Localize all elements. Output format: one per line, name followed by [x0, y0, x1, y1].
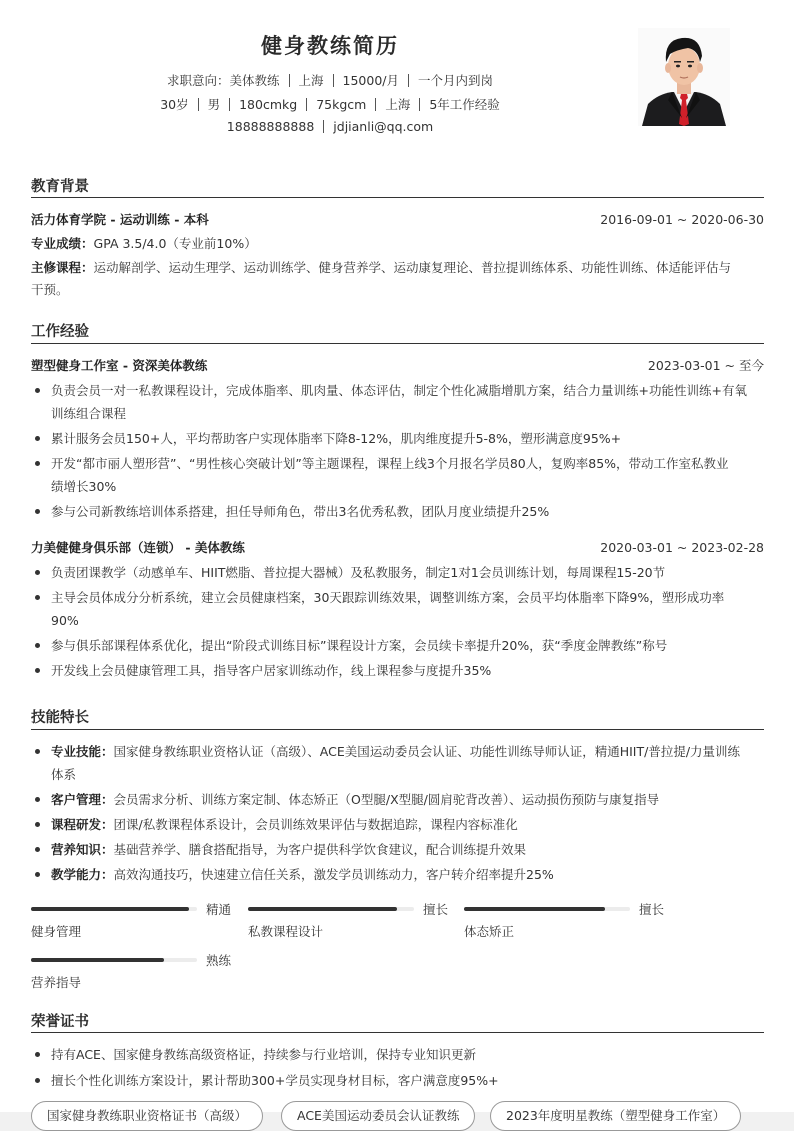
basic-info-line: 30岁男180cmkg75kgcm上海5年工作经验	[0, 95, 660, 113]
section-divider	[31, 343, 764, 344]
job-bullet-cont: 90%	[31, 609, 764, 632]
courses-value-cont: 干预。	[31, 282, 69, 297]
job-bullet: 开发线上会员健康管理工具，指导客户居家训练动作，线上课程参与度提升35%	[31, 659, 764, 682]
phone: 18888888888	[227, 119, 314, 134]
intent-city: 上海	[299, 73, 324, 88]
skill-bar: 精通 健身管理	[31, 900, 246, 944]
skill-bar-track	[31, 958, 197, 962]
gender: 男	[208, 97, 221, 112]
job-bullet: 负责会员一对一私教课程设计，完成体脂率、肌肉量、体态评估，制定个性化减脂增肌方案…	[31, 379, 764, 402]
education-gpa: 专业成绩：GPA 3.5/4.0（专业前10%）	[31, 232, 764, 255]
courses-value: 运动解剖学、运动生理学、运动训练学、健身营养学、运动康复理论、普拉提训练体系、功…	[94, 260, 732, 275]
skill-label: 营养知识：	[51, 842, 114, 857]
honor-bullet: 持有ACE、国家健身教练高级资格证，持续参与行业培训，保持专业知识更新	[31, 1043, 764, 1066]
section-divider	[31, 1032, 764, 1033]
skill-name: 体态矫正	[464, 922, 514, 940]
skill-text: 高效沟通技巧，快速建立信任关系，激发学员训练动力，客户转介绍率提升25%	[114, 867, 554, 882]
section-divider	[31, 729, 764, 730]
skill-level: 熟练	[206, 951, 231, 969]
skill-bar-fill	[31, 907, 189, 911]
job-entry-header: 力美健健身俱乐部（连锁） - 美体教练 2020-03-01 ~ 2023-02…	[31, 536, 764, 559]
skill-bar-track	[31, 907, 197, 911]
skill-label: 客户管理：	[51, 792, 114, 807]
skill-bar-track	[464, 907, 630, 911]
resume-header: 健身教练简历 求职意向：美体教练上海15000/月一个月内到岗 30岁男180c…	[0, 0, 794, 150]
skill-level: 擅长	[423, 900, 448, 918]
skill-item: 营养知识：基础营养学、膳食搭配指导，为客户提供科学饮食建议，配合训练提升效果	[31, 838, 764, 861]
contact-line: 18888888888jdjianli@qq.com	[0, 119, 660, 134]
divider	[375, 98, 376, 111]
skill-text: 会员需求分析、训练方案定制、体态矫正（O型腿/X型腿/圆肩驼背改善）、运动损伤预…	[114, 792, 660, 807]
job-dates: 2023-03-01 ~ 至今	[648, 354, 764, 377]
section-title-honors: 荣誉证书	[31, 1010, 89, 1031]
education-courses: 主修课程：运动解剖学、运动生理学、运动训练学、健身营养学、运动康复理论、普拉提训…	[31, 256, 764, 279]
skill-bar-fill	[464, 907, 605, 911]
skill-bar: 熟练 营养指导	[31, 951, 246, 995]
skill-level: 精通	[206, 900, 231, 918]
skill-bar-track	[248, 907, 414, 911]
divider	[306, 98, 307, 111]
skill-text: 国家健身教练职业资格认证（高级）、ACE美国运动委员会认证、功能性训练导师认证，…	[114, 744, 741, 759]
section-divider	[31, 197, 764, 198]
intent-availability: 一个月内到岗	[418, 73, 493, 88]
location: 上海	[385, 97, 410, 112]
weight: 75kgcm	[316, 97, 366, 112]
skill-item: 教学能力：高效沟通技巧，快速建立信任关系，激发学员训练动力，客户转介绍率提升25…	[31, 863, 764, 886]
skill-name: 私教课程设计	[248, 922, 323, 940]
skill-name: 营养指导	[31, 973, 81, 991]
avatar-illustration-icon	[638, 28, 730, 126]
skill-bar-fill	[31, 958, 164, 962]
age: 30岁	[160, 97, 188, 112]
skill-item: 课程研发：团课/私教课程体系设计，会员训练效果评估与数据追踪，课程内容标准化	[31, 813, 764, 836]
section-title-skills: 技能特长	[31, 706, 89, 727]
honor-bullet: 擅长个性化训练方案设计，累计帮助300+学员实现身材目标，客户满意度95%+	[31, 1069, 764, 1092]
job-intent-line: 求职意向：美体教练上海15000/月一个月内到岗	[0, 71, 660, 89]
company-role: 力美健健身俱乐部（连锁） - 美体教练	[31, 540, 245, 555]
height: 180cmkg	[239, 97, 297, 112]
education-dates: 2016-09-01 ~ 2020-06-30	[600, 208, 764, 231]
divider	[323, 120, 324, 133]
skill-text: 基础营养学、膳食搭配指导，为客户提供科学饮食建议，配合训练提升效果	[114, 842, 527, 857]
job-entry-header: 塑型健身工作室 - 资深美体教练 2023-03-01 ~ 至今	[31, 354, 764, 377]
job-bullet: 开发“都市丽人塑形营”、“男性核心突破计划”等主题课程，课程上线3个月报名学员8…	[31, 452, 764, 475]
resume-page: 健身教练简历 求职意向：美体教练上海15000/月一个月内到岗 30岁男180c…	[0, 0, 794, 1112]
divider	[198, 98, 199, 111]
certificate-tag: ACE美国运动委员会认证教练	[281, 1101, 475, 1123]
education-courses-cont: 干预。	[31, 278, 764, 301]
gpa-label: 专业成绩：	[31, 236, 94, 251]
education-entry-header: 活力体育学院 - 运动训练 - 本科 2016-09-01 ~ 2020-06-…	[31, 208, 764, 231]
divider	[333, 74, 334, 87]
job-bullet: 负责团课教学（动感单车、HIIT燃脂、普拉提大器械）及私教服务，制定1对1会员训…	[31, 561, 764, 584]
skill-label: 教学能力：	[51, 867, 114, 882]
job-bullet: 累计服务会员150+人，平均帮助客户实现体脂率下降8-12%，肌肉维度提升5-8…	[31, 427, 764, 450]
divider	[408, 74, 409, 87]
skill-text: 团课/私教课程体系设计，会员训练效果评估与数据追踪，课程内容标准化	[114, 817, 518, 832]
job-dates: 2020-03-01 ~ 2023-02-28	[600, 536, 764, 559]
avatar	[638, 28, 730, 126]
skill-bar: 擅长 体态矫正	[464, 900, 679, 944]
resume-title: 健身教练简历	[0, 30, 660, 60]
courses-label: 主修课程：	[31, 260, 94, 275]
divider	[229, 98, 230, 111]
skill-bar: 擅长 私教课程设计	[248, 900, 463, 944]
skill-item-cont: 体系	[31, 763, 764, 786]
skill-label: 专业技能：	[51, 744, 114, 759]
skill-name: 健身管理	[31, 922, 81, 940]
certificate-tag: 2023年度明星教练（塑型健身工作室）	[490, 1101, 741, 1123]
school-major-degree: 活力体育学院 - 运动训练 - 本科	[31, 212, 209, 227]
email: jdjianli@qq.com	[333, 119, 433, 134]
skill-item: 专业技能：国家健身教练职业资格认证（高级）、ACE美国运动委员会认证、功能性训练…	[31, 740, 764, 763]
divider	[289, 74, 290, 87]
skill-bar-fill	[248, 907, 397, 911]
certificate-tag: 国家健身教练职业资格证书（高级）	[31, 1101, 263, 1123]
company-role: 塑型健身工作室 - 资深美体教练	[31, 358, 207, 373]
job-bullet-cont: 绩增长30%	[31, 475, 764, 498]
job-bullet: 参与俱乐部课程体系优化，提出“阶段式训练目标”课程设计方案，会员续卡率提升20%…	[31, 634, 764, 657]
divider	[419, 98, 420, 111]
job-bullet-cont: 训练组合课程	[31, 402, 764, 425]
skill-item: 客户管理：会员需求分析、训练方案定制、体态矫正（O型腿/X型腿/圆肩驼背改善）、…	[31, 788, 764, 811]
gpa-value: GPA 3.5/4.0（专业前10%）	[94, 236, 257, 251]
intent-position: 求职意向：美体教练	[167, 73, 280, 88]
intent-salary: 15000/月	[343, 73, 399, 88]
skill-label: 课程研发：	[51, 817, 114, 832]
section-title-education: 教育背景	[31, 175, 89, 196]
section-title-experience: 工作经验	[31, 320, 89, 341]
job-bullet: 主导会员体成分分析系统，建立会员健康档案，30天跟踪训练效果，调整训练方案，会员…	[31, 586, 764, 609]
experience-years: 5年工作经验	[429, 97, 499, 112]
skill-level: 擅长	[639, 900, 664, 918]
job-bullet: 参与公司新教练培训体系搭建，担任导师角色，带出3名优秀私教，团队月度业绩提升25…	[31, 500, 764, 523]
